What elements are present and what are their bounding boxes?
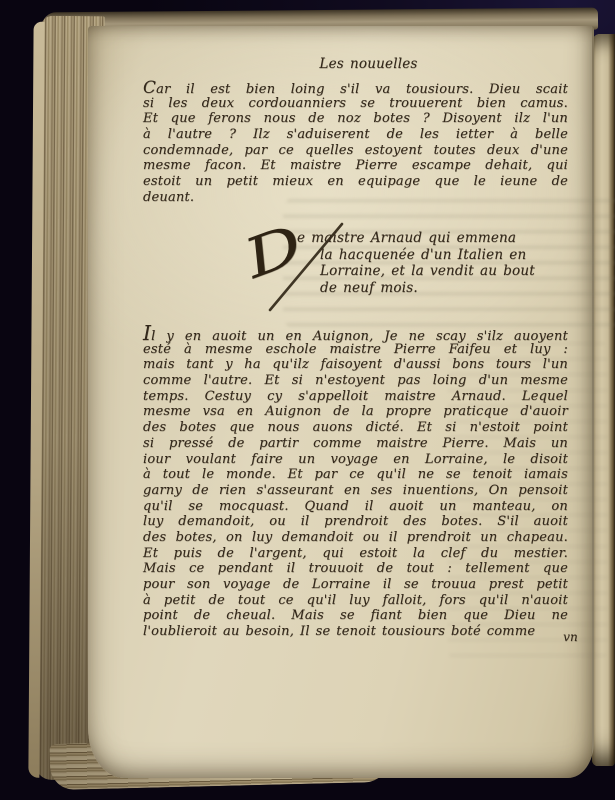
text-line: si les deux cordouanniers se trouuerent …: [143, 96, 568, 112]
text-line: pour son voyage de Lorraine il se trouua…: [143, 577, 568, 593]
text-line: garny de rien s'asseurant en ses inuenti…: [143, 483, 568, 499]
text-line: temps. Cestuy cy s'appelloit maistre Arn…: [143, 389, 568, 405]
text-line: Mais ce pendant il trouuoit de tout : te…: [143, 561, 568, 577]
paragraph-2: Il y en auoit un en Auignon, Je ne scay …: [143, 326, 568, 640]
text-line: point de cheual. Mais se fiant bien que …: [143, 608, 568, 624]
text-line: mesme vsa en Auignon de la propre pratic…: [143, 404, 568, 420]
text-line: Car il est bien loing s'il va tousiours.…: [143, 80, 568, 96]
text-line: condemnade, par ce quelles estoyent tout…: [143, 143, 568, 159]
text-line: de neuf mois.: [297, 280, 567, 297]
text-line: à tout le monde. Et par ce qu'il ne se t…: [143, 467, 568, 483]
text-line: à petit de tout ce qu'il luy falloit, fo…: [143, 593, 568, 609]
text-line: comme l'autre. Et si n'estoyent pas loin…: [143, 373, 568, 389]
text-line: la hacquenée d'un Italien en: [297, 247, 567, 264]
text-line: Lorraine, et la vendit au bout: [297, 263, 567, 280]
paragraph-1: Car il est bien loing s'il va tousiours.…: [143, 80, 568, 206]
catchword: vn: [518, 630, 578, 644]
text-line: des botes, on luy demandoit ou il prendr…: [143, 530, 568, 546]
text-line: Il y en auoit un en Auignon, Je ne scay …: [143, 326, 568, 342]
running-header: Les nouuelles: [143, 56, 568, 72]
text-line: esté à mesme eschole maistre Pierre Faif…: [143, 342, 568, 358]
photo-background: Les nouuelles Car il est bien loing s'il…: [0, 0, 615, 800]
text-line: Et que ferons nous de noz botes ? Disoye…: [143, 111, 568, 127]
text-line: qu'il se mocquast. Quand il auoit un man…: [143, 499, 568, 515]
text-line: estoit un petit mieux en equipage que le…: [143, 174, 568, 190]
facing-page-sliver: [592, 34, 615, 766]
text-line: des botes que nous auons dicté. Et si n'…: [143, 420, 568, 436]
text-line: mesme facon. Et maistre Pierre escampe d…: [143, 158, 568, 174]
text-line: deuant.: [143, 190, 568, 206]
text-line: iour voulant faire un voyage en Lorraine…: [143, 452, 568, 468]
text-line: mais tant y ha qu'ilz faisoyent d'aussi …: [143, 357, 568, 373]
text-line: si pressé de partir comme maistre Pierre…: [143, 436, 568, 452]
text-line: l'oublieroit au besoin, Il se tenoit tou…: [143, 624, 568, 640]
section-heading: e maistre Arnaud qui emmenala hacquenée …: [297, 230, 567, 296]
text-line: luy demandoit, ou il prendroit des botes…: [143, 514, 568, 530]
text-line: e maistre Arnaud qui emmena: [297, 230, 567, 247]
text-line: Et puis de l'argent, qui estoit la clef …: [143, 546, 568, 562]
text-line: à l'autre ? Ilz s'aduiserent de les iett…: [143, 127, 568, 143]
book-page: Les nouuelles Car il est bien loing s'il…: [88, 26, 594, 778]
